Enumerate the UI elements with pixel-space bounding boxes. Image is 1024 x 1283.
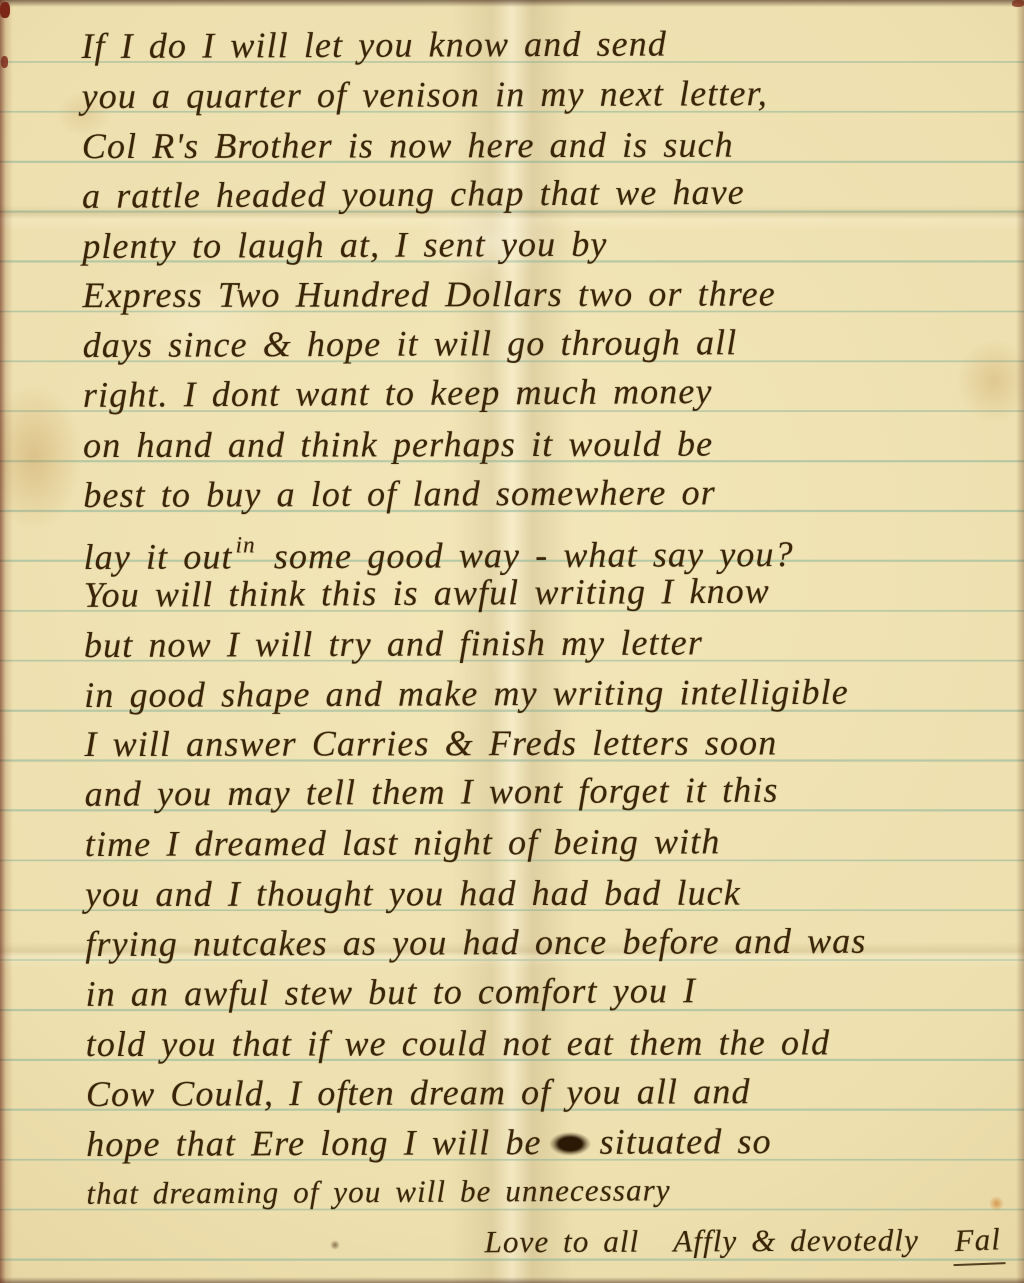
line-text: Col R's Brother is now here and is such: [82, 124, 734, 165]
line-text: in an awful stew but to comfort you I: [85, 970, 696, 1014]
letter-line-with-insertion: lay it outin some good way - what say yo…: [83, 517, 1019, 571]
letter-line: You will think this is awful writing I k…: [84, 565, 1020, 621]
line-text: Express Two Hundred Dollars two or three: [82, 274, 775, 316]
letter-text: If I do I will let you know and send you…: [81, 18, 1022, 1269]
line-text: hope that Ere long I will be: [86, 1122, 542, 1164]
signature: Fal: [952, 1215, 1006, 1267]
letter-line: Cow Could, I often dream of you all and: [86, 1066, 1022, 1120]
closing-affectionately: Affly & devotedly: [673, 1216, 919, 1267]
letter-line: frying nutcakes as you had once before a…: [85, 916, 1021, 970]
line-text: You will think this is awful writing I k…: [84, 570, 770, 614]
line-text: you a quarter of venison in my next lett…: [82, 73, 768, 116]
line-text: days since & hope it will go through all: [83, 323, 738, 366]
line-text: time I dreamed last night of being with: [85, 822, 721, 865]
line-text: a rattle headed young chap that we have: [82, 171, 745, 215]
line-text: but now I will try and finish my letter: [84, 622, 703, 665]
letter-line: told you that if we could not eat them t…: [86, 1018, 1022, 1070]
line-text: If I do I will let you know and send: [81, 23, 667, 66]
line-text: you and I thought you had had bad luck: [85, 873, 741, 914]
letter-line: you and I thought you had had bad luck: [85, 868, 1021, 920]
line-text: right. I dont want to keep much money: [83, 371, 713, 415]
letter-line: in good shape and make my writing intell…: [84, 667, 1020, 721]
letter-line: but now I will try and finish my letter: [84, 617, 1020, 671]
letter-line: a rattle headed young chap that we have: [82, 166, 1018, 222]
torn-top-edge: [0, 0, 1024, 7]
red-edge-mark: [0, 2, 10, 18]
letter-line: days since & hope it will go through all: [83, 317, 1019, 371]
letter-line: right. I dont want to keep much money: [83, 365, 1019, 421]
line-text: in good shape and make my writing intell…: [84, 671, 849, 714]
letter-line: If I do I will let you know and send: [81, 18, 1017, 72]
letter-line: Express Two Hundred Dollars two or three: [82, 269, 1018, 321]
red-edge-mark: [1012, 0, 1024, 7]
ink-blot: [550, 1131, 592, 1155]
inserted-word: in: [236, 532, 256, 557]
letter-line: plenty to laugh at, I sent you by: [82, 218, 1018, 272]
closing-love: Love to all: [485, 1217, 640, 1268]
line-text: on hand and think perhaps it would be: [83, 424, 713, 465]
line-text: I will answer Carries & Freds letters so…: [84, 723, 777, 765]
line-text: best to buy a lot of land somewhere or: [83, 472, 716, 515]
letter-line: I will answer Carries & Freds letters so…: [84, 718, 1020, 770]
line-text: and you may tell them I wont forget it t…: [85, 770, 779, 814]
letter-line: in an awful stew but to comfort you I: [85, 964, 1021, 1020]
line-text: plenty to laugh at, I sent you by: [82, 223, 607, 265]
line-text: situated so: [600, 1121, 772, 1162]
letter-line: you a quarter of venison in my next lett…: [82, 68, 1018, 122]
line-text: told you that if we could not eat them t…: [86, 1022, 831, 1064]
closing-line: Love to allAffly & devotedlyFal: [87, 1215, 1023, 1269]
bottom-edge-shadow: [0, 1277, 1024, 1283]
letter-line: on hand and think perhaps it would be: [83, 419, 1019, 471]
red-edge-mark: [1, 56, 8, 68]
letter-line: and you may tell them I wont forget it t…: [85, 764, 1021, 820]
line-text: Cow Could, I often dream of you all and: [86, 1071, 751, 1114]
letter-line: best to buy a lot of land somewhere or: [83, 467, 1019, 521]
letter-line-with-scratchout: hope that Ere long I will besituated so: [86, 1116, 1022, 1170]
line-text: that dreaming of you will be unnecessary: [86, 1173, 670, 1212]
torn-left-edge: [0, 0, 13, 1283]
letter-line: that dreaming of you will be unnecessary: [86, 1164, 1022, 1220]
letter-line: time I dreamed last night of being with: [85, 816, 1021, 870]
letter-line: Col R's Brother is now here and is such: [82, 120, 1018, 172]
line-text: frying nutcakes as you had once before a…: [85, 921, 866, 964]
